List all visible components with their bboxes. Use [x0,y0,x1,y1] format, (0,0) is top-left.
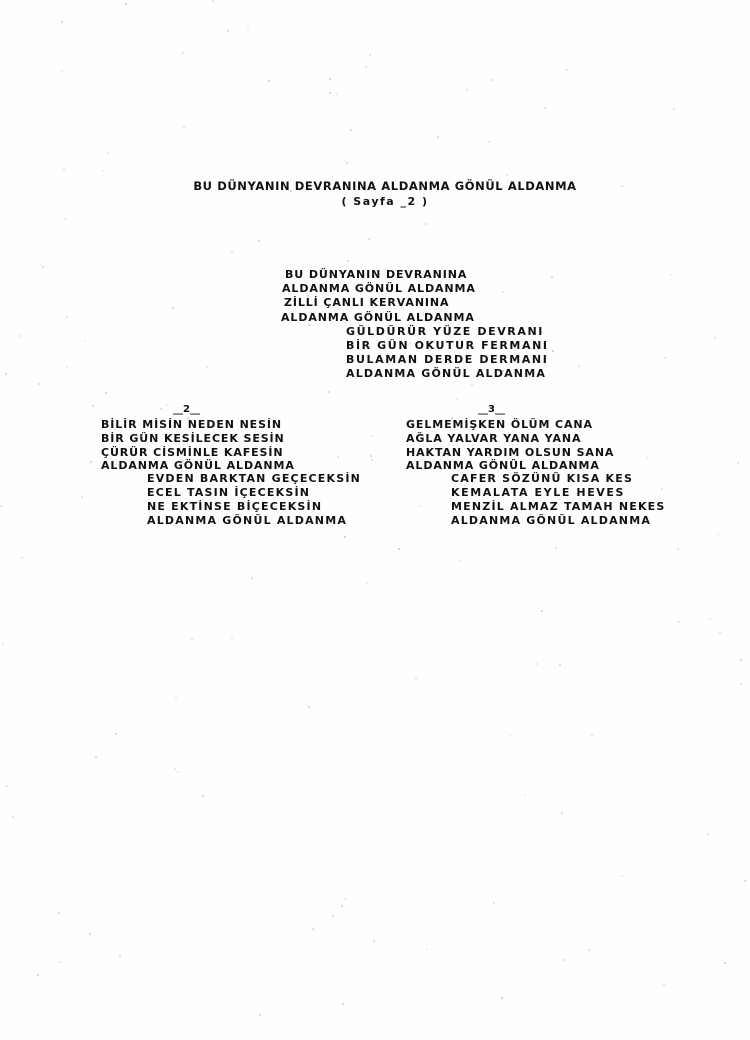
noise-speck [182,460,184,462]
noise-speck [175,697,177,699]
scanned-page: BU DÜNYANIN DEVRANINA ALDANMA GÖNÜL ALDA… [0,0,750,1040]
noise-speck [471,384,473,386]
noise-speck [740,659,742,661]
noise-speck [92,405,94,407]
noise-speck [646,457,648,459]
noise-speck [578,365,580,367]
noise-speck [141,435,143,437]
noise-speck [5,373,7,375]
noise-speck [66,316,68,318]
noise-speck [559,664,561,666]
noise-speck [115,733,117,735]
noise-speck [259,1014,261,1016]
noise-speck [346,162,348,164]
noise-speck [502,370,504,372]
noise-speck [673,108,675,110]
noise-speck [182,52,184,54]
noise-speck [84,340,86,342]
noise-speck [677,548,679,550]
noise-speck [247,28,249,30]
verse-line: ÇÜRÜR CİSMİNLE KAFESİN [101,446,283,460]
noise-speck [231,251,233,253]
noise-speck [329,78,331,80]
page-subtitle: ( Sayfa _2 ) [0,195,750,208]
noise-speck [308,324,310,326]
noise-speck [312,928,314,930]
noise-speck [183,126,185,128]
noise-speck [551,276,553,278]
noise-speck [502,291,504,293]
noise-speck [621,875,623,877]
noise-speck [187,417,189,419]
noise-speck [714,337,716,339]
noise-speck [59,961,61,963]
noise-speck [89,933,91,935]
noise-speck [160,408,162,410]
noise-speck [95,756,97,758]
verse-line: ALDANMA GÖNÜL ALDANMA [281,311,475,325]
noise-speck [66,366,68,368]
verse-line: ALDANMA GÖNÜL ALDANMA [101,459,295,473]
verse-line: ZİLLİ ÇANLI KERVANINA [284,296,449,310]
noise-speck [268,80,270,82]
verse-line: AĞLA YALVAR YANA YANA [406,432,581,446]
noise-speck [409,342,411,344]
noise-speck [0,505,2,507]
noise-speck [369,54,371,56]
noise-speck [350,129,352,131]
noise-speck [371,435,373,437]
noise-speck [307,295,309,297]
verse-line: NE EKTİNSE BİÇECEKSİN [147,500,322,514]
noise-speck [394,326,396,328]
noise-speck [491,79,493,81]
noise-speck [310,516,312,518]
noise-speck [18,335,20,337]
noise-speck [709,618,711,620]
noise-speck [38,383,40,385]
noise-speck [740,683,742,685]
noise-speck [493,902,495,904]
noise-speck [6,785,8,787]
verse-line: BİR GÜN OKUTUR FERMANI [346,339,549,353]
noise-speck [227,30,229,32]
noise-speck [231,638,233,640]
noise-speck [206,366,208,368]
noise-speck [398,548,400,550]
noise-speck [488,141,490,143]
verse-line: BU DÜNYANIN DEVRANINA [285,268,467,282]
noise-speck [451,417,453,419]
noise-speck [347,260,349,262]
noise-speck [663,984,665,986]
noise-speck [501,997,503,999]
verse-line: BİR GÜN KESİLECEK SESİN [101,432,285,446]
noise-speck [81,496,83,498]
verse-line: ALDANMA GÖNÜL ALDANMA [406,459,600,473]
noise-speck [494,510,496,512]
noise-speck [63,169,65,171]
noise-speck [737,462,739,464]
noise-speck [661,488,663,490]
verse-line: HAKTAN YARDIM OLSUN SANA [406,446,614,460]
verse-line: BULAMAN DERDE DERMANI [346,353,548,367]
noise-speck [12,816,14,818]
noise-speck [37,974,39,976]
noise-speck [328,391,330,393]
noise-speck [621,175,623,177]
noise-speck [566,69,568,71]
noise-speck [542,332,544,334]
noise-speck [536,663,538,665]
noise-speck [329,92,331,94]
noise-speck [419,505,421,507]
noise-speck [563,959,565,961]
noise-speck [437,136,439,138]
verse-line: ALDANMA GÖNÜL ALDANMA [282,282,476,296]
noise-speck [509,734,511,736]
noise-speck [61,21,63,23]
noise-speck [717,533,719,535]
noise-speck [719,632,721,634]
verse-line: ALDANMA GÖNÜL ALDANMA [147,514,347,528]
noise-speck [202,795,204,797]
noise-speck [336,93,338,95]
noise-speck [524,794,526,796]
noise-speck [459,560,461,562]
verse-line: MENZİL ALMAZ TAMAH NEKES [451,500,666,514]
noise-speck [588,949,590,951]
noise-speck [561,812,563,814]
noise-speck [456,398,458,400]
noise-speck [290,190,292,192]
page-title: BU DÜNYANIN DEVRANINA ALDANMA GÖNÜL ALDA… [0,179,750,193]
noise-speck [258,240,260,242]
noise-speck [337,456,339,458]
verse-line: GELMEMİŞKEN ÖLÜM CANA [406,418,593,432]
noise-speck [466,89,468,91]
noise-speck [724,962,726,964]
stanza-number: __2__ [173,404,200,415]
noise-speck [425,223,427,225]
noise-speck [365,66,367,68]
noise-speck [670,274,672,276]
noise-speck [21,557,23,559]
noise-speck [344,898,346,900]
noise-speck [707,833,709,835]
noise-speck [172,307,174,309]
noise-speck [344,536,346,538]
verse-line: ALDANMA GÖNÜL ALDANMA [451,514,651,528]
noise-speck [368,238,370,240]
noise-speck [554,473,556,475]
noise-speck [42,266,44,268]
verse-line: ALDANMA GÖNÜL ALDANMA [346,367,546,381]
noise-speck [174,768,176,770]
verse-line: GÜLDÜRÜR YÜZE DEVRANI [346,325,544,339]
noise-speck [373,940,375,942]
noise-speck [371,459,373,461]
noise-speck [119,955,121,957]
noise-speck [177,771,179,773]
verse-line: BİLİR MİSİN NEDEN NESİN [101,418,282,432]
noise-speck [506,174,508,176]
noise-speck [212,0,214,2]
noise-speck [251,577,253,579]
noise-speck [678,621,680,623]
noise-speck [105,392,107,394]
verse-line: CAFER SÖZÜNÜ KISA KES [451,472,633,486]
noise-speck [555,547,557,549]
noise-speck [415,677,417,679]
noise-speck [332,915,334,917]
noise-speck [191,638,193,640]
noise-speck [541,610,543,612]
noise-speck [64,218,66,220]
noise-speck [342,1003,344,1005]
noise-speck [664,357,666,359]
verse-line: ECEL TASIN İÇECEKSİN [147,486,310,500]
noise-speck [107,152,109,154]
noise-speck [544,107,546,109]
noise-speck [102,170,104,172]
verse-line: EVDEN BARKTAN GEÇECEKSİN [147,472,361,486]
noise-speck [166,404,168,406]
stanza-number: __3__ [478,404,505,415]
noise-speck [2,643,4,645]
noise-speck [90,461,92,463]
noise-speck [583,719,585,721]
verse-line: KEMALATA EYLE HEVES [451,486,625,500]
noise-speck [366,582,368,584]
noise-speck [341,905,343,907]
noise-speck [621,185,623,187]
noise-speck [370,455,372,457]
noise-speck [58,912,60,914]
noise-speck [125,3,127,5]
noise-speck [426,948,428,950]
noise-speck [744,880,746,882]
noise-speck [552,350,554,352]
noise-speck [591,734,593,736]
noise-speck [308,706,310,708]
noise-speck [61,70,63,72]
